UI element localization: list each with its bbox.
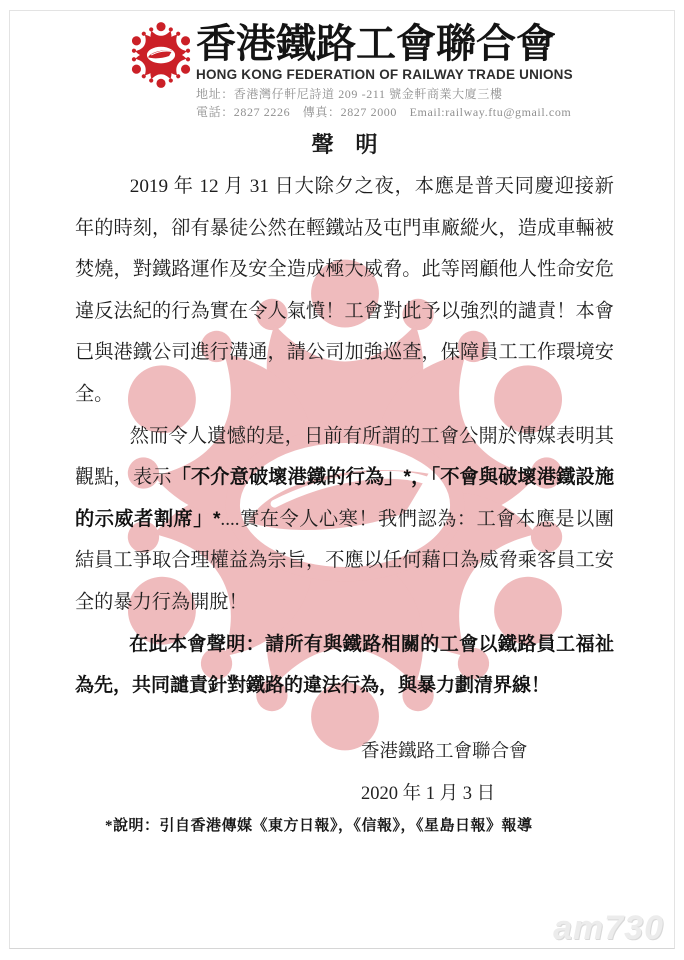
paragraph-1: 2019 年 12 月 31 日大除夕之夜，本應是普天同慶迎接新年的時刻，卻有暴… <box>75 166 614 416</box>
org-address: 地址：香港灣仔軒尼詩道 209 -211 號金軒商業大廈三樓 <box>196 87 616 103</box>
statement-page: 香港鐵路工會聯合會 HONG KONG FEDERATION OF RAILWA… <box>0 0 684 960</box>
footnote: *說明：引自香港傳媒《東方日報》，《信報》，《星島日報》報導 <box>75 815 614 837</box>
union-emblem-icon <box>126 20 196 90</box>
signature-org: 香港鐵路工會聯合會 <box>361 731 614 773</box>
org-name-en: HONG KONG FEDERATION OF RAILWAY TRADE UN… <box>196 67 616 82</box>
org-name-zh: 香港鐵路工會聯合會 <box>196 22 616 66</box>
statement-body: 聲 明 2019 年 12 月 31 日大除夕之夜，本應是普天同慶迎接新年的時刻… <box>75 128 614 837</box>
signature-date: 2020 年 1 月 3 日 <box>361 773 614 815</box>
letterhead: 香港鐵路工會聯合會 HONG KONG FEDERATION OF RAILWA… <box>196 22 616 120</box>
paragraph-3-declaration: 在此本會聲明：請所有與鐵路相關的工會以鐵路員工福祉為先，共同譴責針對鐵路的違法行… <box>75 624 614 707</box>
signature-block: 香港鐵路工會聯合會 2020 年 1 月 3 日 <box>361 731 614 815</box>
statement-title: 聲 明 <box>75 128 614 162</box>
am730-watermark: am730 <box>553 909 664 948</box>
org-contact: 電話：2827 2226 傳真：2827 2000 Email:railway.… <box>196 105 616 121</box>
paragraph-2: 然而令人遺憾的是，日前有所謂的工會公開於傳媒表明其觀點，表示「不介意破壞港鐵的行… <box>75 416 614 624</box>
